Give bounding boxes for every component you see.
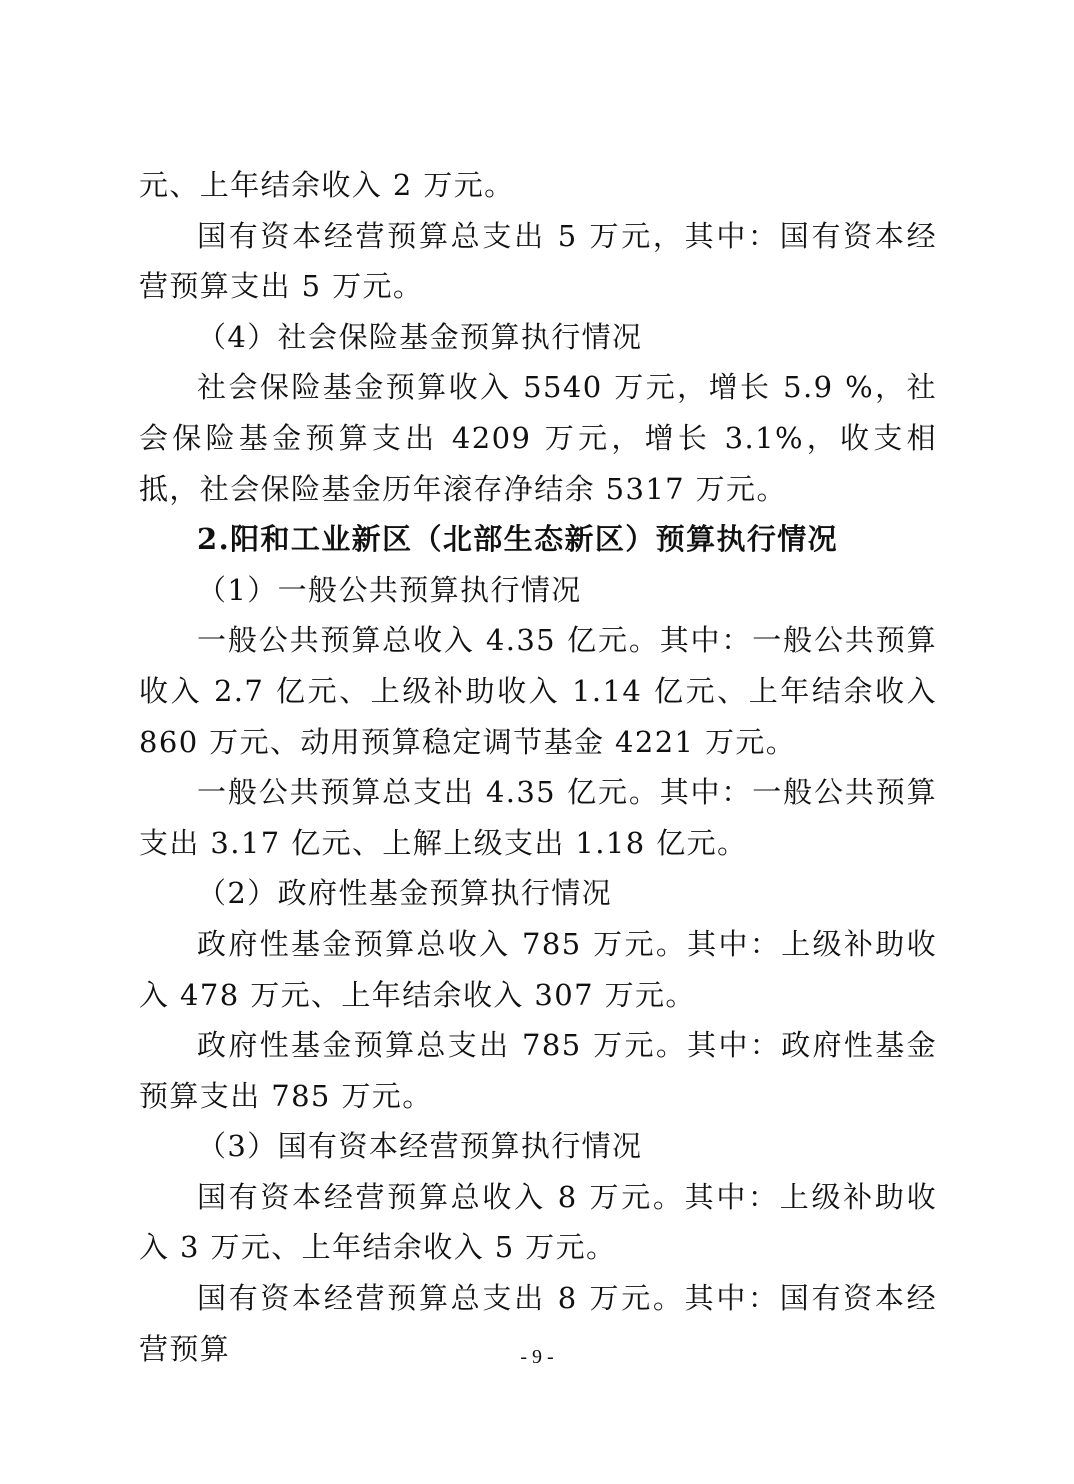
- subheading-government-fund: （2）政府性基金预算执行情况: [139, 868, 937, 919]
- section-heading-yanghe-new-district: 2.阳和工业新区（北部生态新区）预算执行情况: [139, 514, 937, 565]
- paragraph-general-public-expenditure: 一般公共预算总支出 4.35 亿元。其中：一般公共预算支出 3.17 亿元、上解…: [139, 767, 937, 868]
- paragraph-state-capital-expenditure: 国有资本经营预算总支出 5 万元，其中：国有资本经营预算支出 5 万元。: [139, 211, 937, 312]
- paragraph-continuation: 元、上年结余收入 2 万元。: [139, 160, 937, 211]
- subheading-general-public-budget: （1）一般公共预算执行情况: [139, 565, 937, 616]
- subheading-social-insurance: （4）社会保险基金预算执行情况: [139, 312, 937, 363]
- paragraph-social-insurance: 社会保险基金预算收入 5540 万元，增长 5.9 %，社会保险基金预算支出 4…: [139, 362, 937, 514]
- document-page: 元、上年结余收入 2 万元。 国有资本经营预算总支出 5 万元，其中：国有资本经…: [139, 160, 937, 1374]
- page-number: - 9 -: [0, 1346, 1074, 1369]
- paragraph-general-public-revenue: 一般公共预算总收入 4.35 亿元。其中：一般公共预算收入 2.7 亿元、上级补…: [139, 615, 937, 767]
- paragraph-state-capital-revenue: 国有资本经营预算总收入 8 万元。其中：上级补助收入 3 万元、上年结余收入 5…: [139, 1172, 937, 1273]
- paragraph-government-fund-expenditure: 政府性基金预算总支出 785 万元。其中：政府性基金预算支出 785 万元。: [139, 1020, 937, 1121]
- paragraph-government-fund-revenue: 政府性基金预算总收入 785 万元。其中：上级补助收入 478 万元、上年结余收…: [139, 919, 937, 1020]
- subheading-state-capital: （3）国有资本经营预算执行情况: [139, 1121, 937, 1172]
